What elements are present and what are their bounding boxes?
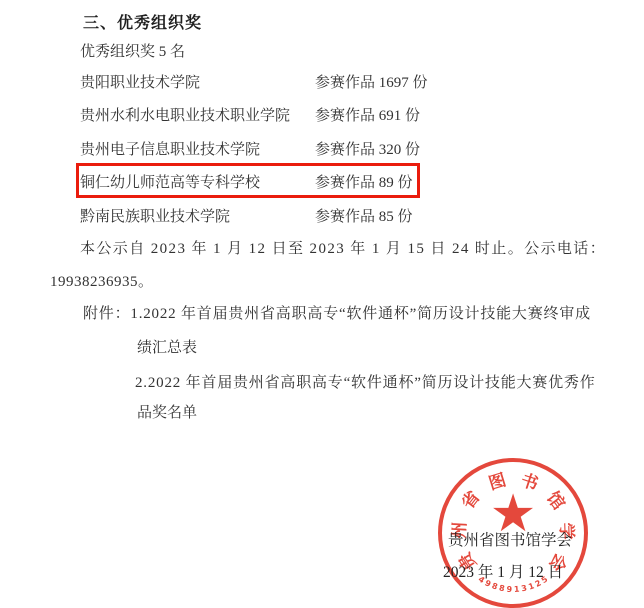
institution-name: 铜仁幼儿师范高等专科学校 xyxy=(80,171,315,192)
entry-count: 参赛作品 691 份 xyxy=(315,104,420,125)
award-count-line: 优秀组织奖 5 名 xyxy=(80,40,185,61)
institution-name: 贵州电子信息职业技术学院 xyxy=(80,138,315,159)
entry-count: 参赛作品 89 份 xyxy=(315,171,413,192)
entry-count: 参赛作品 1697 份 xyxy=(315,71,428,92)
award-row: 贵阳职业技术学院 参赛作品 1697 份 xyxy=(80,71,428,92)
award-row-highlighted: 铜仁幼儿师范高等专科学校 参赛作品 89 份 xyxy=(80,171,413,192)
entry-count: 参赛作品 85 份 xyxy=(315,205,413,226)
award-row: 贵州电子信息职业技术学院 参赛作品 320 份 xyxy=(80,138,420,159)
entry-count: 参赛作品 320 份 xyxy=(315,138,420,159)
attachment-line3: 2.2022 年首届贵州省高职高专“软件通杯”简历设计技能大赛优秀作 xyxy=(135,371,596,392)
attachment-line1: 附件：1.2022 年首届贵州省高职高专“软件通杯”简历设计技能大赛终审成 xyxy=(83,302,591,323)
award-row: 黔南民族职业技术学院 参赛作品 85 份 xyxy=(80,205,413,226)
document-page: 三、优秀组织奖 优秀组织奖 5 名 贵阳职业技术学院 参赛作品 1697 份 贵… xyxy=(0,0,644,608)
signature-date: 2023 年 1 月 12 日 xyxy=(443,560,563,582)
signature-organization: 贵州省图书馆学会 xyxy=(448,528,572,550)
section-heading: 三、优秀组织奖 xyxy=(83,10,202,33)
attachment-line2: 绩汇总表 xyxy=(137,336,197,357)
institution-name: 贵州水利水电职业技术职业学院 xyxy=(80,104,315,125)
attachment-line4: 品奖名单 xyxy=(137,401,197,422)
seal-serial-digit: 1 xyxy=(512,585,521,596)
award-row: 贵州水利水电职业技术职业学院 参赛作品 691 份 xyxy=(80,104,420,125)
institution-name: 贵阳职业技术学院 xyxy=(80,71,315,92)
public-notice-line1: 本公示自 2023 年 1 月 12 日至 2023 年 1 月 15 日 24… xyxy=(80,237,606,258)
public-notice-phone: 19938236935。 xyxy=(50,270,154,291)
institution-name: 黔南民族职业技术学院 xyxy=(80,205,315,226)
